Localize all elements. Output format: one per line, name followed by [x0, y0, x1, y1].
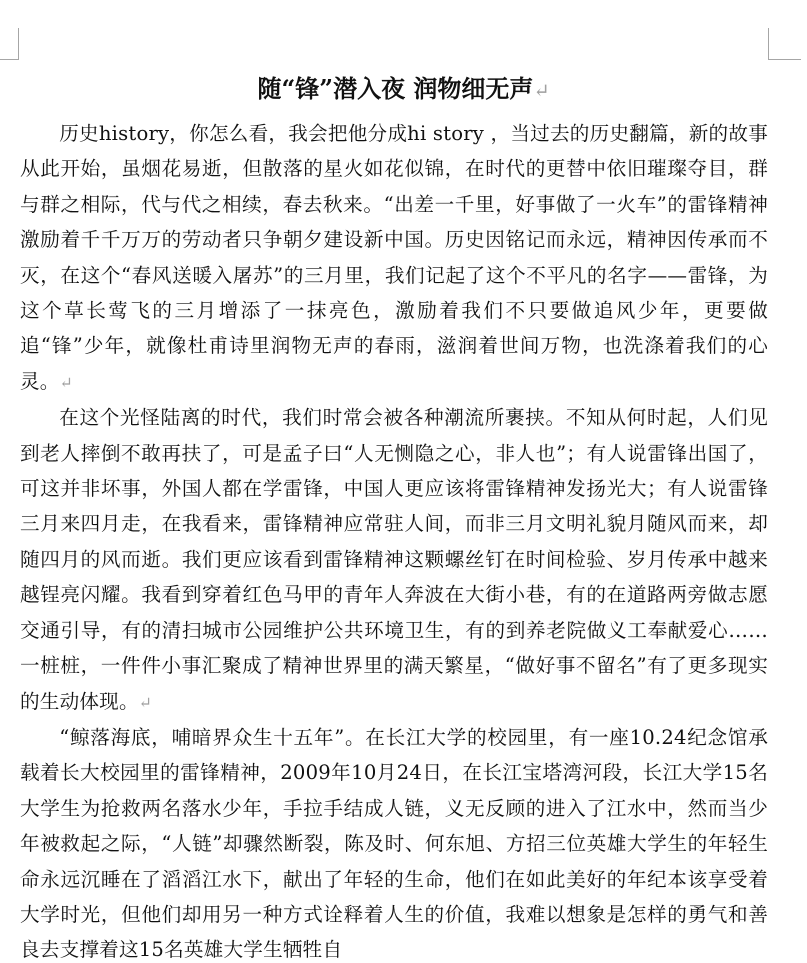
paragraph-text: 历史history，你怎么看，我会把他分成hi story ，当过去的历史翻篇，…: [20, 122, 768, 393]
paragraph-text: 在这个光怪陆离的时代，我们时常会被各种潮流所裹挟。不知从何时起，人们见到老人摔倒…: [20, 406, 768, 712]
crop-mark-top-right: [768, 28, 801, 60]
paragraph-mark-icon: ↵: [60, 373, 73, 392]
document-title: 随“锋”潜入夜 润物细无声↵: [0, 70, 807, 110]
paragraph-3[interactable]: “鲸落海底，哺暗界众生十五年”。在长江大学的校园里，有一座10.24纪念馆承载着…: [20, 720, 768, 963]
paragraph-text: “鲸落海底，哺暗界众生十五年”。在长江大学的校园里，有一座10.24纪念馆承载着…: [20, 726, 768, 961]
title-text: 随“锋”潜入夜 润物细无声: [257, 74, 533, 103]
paragraph-mark-icon: ↵: [139, 693, 152, 712]
document-body[interactable]: 历史history，你怎么看，我会把他分成hi story ，当过去的历史翻篇，…: [20, 116, 768, 963]
paragraph-2[interactable]: 在这个光怪陆离的时代，我们时常会被各种潮流所裹挟。不知从何时起，人们见到老人摔倒…: [20, 400, 768, 720]
paragraph-1[interactable]: 历史history，你怎么看，我会把他分成hi story ，当过去的历史翻篇，…: [20, 116, 768, 400]
paragraph-mark-icon: ↵: [533, 79, 549, 102]
crop-mark-top-left: [0, 28, 19, 60]
